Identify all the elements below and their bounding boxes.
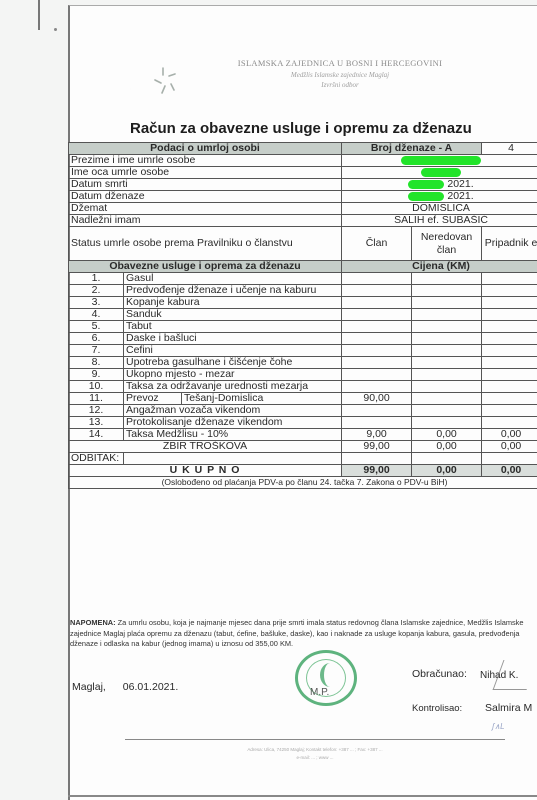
footer-divider [125,739,505,740]
service-name: Taksa Medžlisu - 10% [124,429,342,441]
death-date-value: 2021. [342,179,537,191]
price-member [342,357,412,369]
subtotal-affiliate: 0,00 [482,441,537,453]
services-header: Obavezne usluge i oprema za dženazu [69,261,342,273]
service-name: Upotreba gasulhane i čišćenje čohe [124,357,342,369]
jamaat-label: Džemat [69,203,342,215]
service-number: 5. [69,321,124,333]
service-row: 1.Gasul [69,273,537,285]
redaction-mark [408,180,444,189]
service-row: 5.Tabut [69,321,537,333]
service-row: 14.Taksa Medžlisu - 10%9,000,000,00 [69,429,537,441]
price-irregular [412,345,482,357]
status-label: Status umrle osobe prema Pravilniku o čl… [69,227,342,261]
subtotal-member: 99,00 [342,441,412,453]
service-row: 2.Predvođenje dženaze i učenje na kaburu [69,285,537,297]
service-number: 11. [69,393,124,405]
deceased-section-header: Podaci o umrloj osobi [69,143,342,155]
price-irregular [412,321,482,333]
service-row: 10.Taksa za održavanje urednosti mezarja [69,381,537,393]
margin-mark [38,0,40,30]
price-affiliate [482,333,537,345]
price-irregular [412,393,482,405]
service-name: Daske i bašluci [124,333,342,345]
price-member: 9,00 [342,429,412,441]
status-irregular-member: Neredovan član [412,227,482,261]
jamaat-value: DOMISLICA [342,203,537,215]
stamp-label: M.P. [310,687,329,698]
organization-header: ISLAMSKA ZAJEDNICA U BOSNI I HERCEGOVINI… [195,58,485,89]
price-affiliate [482,345,537,357]
margin-dot [54,28,57,31]
subtotal-label: ZBIR TROŠKOVA [69,441,342,453]
place: Maglaj, [72,681,106,693]
status-member: Član [342,227,412,261]
price-irregular: 0,00 [412,429,482,441]
service-name: Kopanje kabura [124,297,342,309]
service-number: 9. [69,369,124,381]
service-row: 13.Protokolisanje dženaze vikendom [69,417,537,429]
total-member: 99,00 [342,465,412,477]
footer-contact: Adresa: Ulica, 74250 Maglaj; Kontakt tel… [125,746,505,762]
deduction-label: ODBITAK: [69,453,124,465]
service-name: Ukopno mjesto - mezar [124,369,342,381]
total-affiliate: 0,00 [482,465,537,477]
price-irregular [412,381,482,393]
org-subunit: Medžlis Islamske zajednice Maglaj [195,71,485,79]
imam-value: SALIH ef. SUBAŠIĆ [342,215,537,227]
price-member [342,273,412,285]
service-name: Ćefini [124,345,342,357]
price-irregular [412,285,482,297]
note-text: Za umrlu osobu, koja je najmanje mjesec … [70,618,523,648]
price-member [342,309,412,321]
status-affiliate: Pripadnik e [482,227,537,261]
funeral-date-value: 2021. [342,191,537,203]
vat-exemption-note: (Oslobođeno od plaćanja PDV-a po članu 2… [69,477,537,489]
checked-by-label: Kontrolisao: [412,703,462,714]
service-row: 7.Ćefini [69,345,537,357]
service-number: 4. [69,309,124,321]
paper-edge [68,795,537,797]
date: 06.01.2021. [123,681,178,693]
price-affiliate: 0,00 [482,429,537,441]
price-irregular [412,297,482,309]
price-irregular [412,309,482,321]
service-name: Protokolisanje dženaze vikendom [124,417,342,429]
redaction-mark [401,156,481,165]
total-label: U K U P N O [69,465,342,477]
price-member: 90,00 [342,393,412,405]
price-member [342,297,412,309]
service-row: 3.Kopanje kabura [69,297,537,309]
price-member [342,345,412,357]
service-row: 11.PrevozTešanj-Domislica90,00 [69,393,537,405]
checked-by-name: Salmira M [485,702,532,714]
service-row: 12.Angažman vozača vikendom [69,405,537,417]
price-affiliate [482,273,537,285]
service-number: 1. [69,273,124,285]
service-row: 9.Ukopno mjesto - mezar [69,369,537,381]
price-affiliate [482,285,537,297]
note-paragraph: NAPOMENA: Za umrlu osobu, koja je najman… [70,618,537,650]
price-irregular [412,357,482,369]
note-label: NAPOMENA: [70,618,116,627]
price-affiliate [482,357,537,369]
price-member [342,417,412,429]
calculated-by-label: Obračunao: [412,668,467,680]
death-date-label: Datum smrti [69,179,342,191]
signature-initials-icon: ʃ∧L [492,722,505,731]
price-affiliate [482,417,537,429]
service-number: 8. [69,357,124,369]
service-route: Tešanj-Domislica [182,393,342,405]
price-affiliate [482,393,537,405]
funeral-date-label: Datum dženaze [69,191,342,203]
service-name: Prevoz [124,393,182,405]
funeral-number-label: Broj dženaze - A [342,143,482,155]
service-name: Gasul [124,273,342,285]
price-affiliate [482,309,537,321]
deduction-value [124,453,342,465]
service-number: 3. [69,297,124,309]
service-rows: 1.Gasul2.Predvođenje dženaze i učenje na… [69,273,537,441]
price-member [342,369,412,381]
price-affiliate [482,405,537,417]
service-row: 8.Upotreba gasulhane i čišćenje čohe [69,357,537,369]
price-irregular [412,333,482,345]
redaction-mark [421,168,461,177]
service-name: Sanduk [124,309,342,321]
imam-label: Nadležni imam [69,215,342,227]
redaction-mark [408,192,444,201]
invoice-table: Podaci o umrloj osobi Broj dženaze - A 4… [68,142,537,489]
service-number: 13. [69,417,124,429]
price-member [342,285,412,297]
service-name: Predvođenje dženaze i učenje na kaburu [124,285,342,297]
org-board: Izvršni odbor [195,81,485,89]
price-member [342,321,412,333]
service-number: 12. [69,405,124,417]
price-irregular [412,273,482,285]
service-number: 6. [69,333,124,345]
father-name-value [342,167,537,179]
price-member [342,333,412,345]
deceased-name-label: Prezime i ime umrle osobe [69,155,342,167]
subtotal-irregular: 0,00 [412,441,482,453]
price-header: Cijena (KM) [342,261,537,273]
price-member [342,405,412,417]
father-name-label: Ime oca umrle osobe [69,167,342,179]
service-name: Angažman vozača vikendom [124,405,342,417]
price-irregular [412,369,482,381]
price-irregular [412,405,482,417]
price-affiliate [482,381,537,393]
service-row: 6.Daske i bašluci [69,333,537,345]
price-affiliate [482,297,537,309]
service-number: 7. [69,345,124,357]
price-member [342,381,412,393]
service-number: 10. [69,381,124,393]
service-name: Tabut [124,321,342,333]
place-date: Maglaj, 06.01.2021. [72,681,192,693]
total-irregular: 0,00 [412,465,482,477]
org-name: ISLAMSKA ZAJEDNICA U BOSNI I HERCEGOVINI [195,58,485,68]
document-title: Račun za obavezne usluge i opremu za dže… [130,120,472,137]
price-affiliate [482,321,537,333]
price-irregular [412,417,482,429]
service-number: 14. [69,429,124,441]
service-name: Taksa za održavanje urednosti mezarja [124,381,342,393]
deceased-name-value [342,155,537,167]
service-row: 4.Sanduk [69,309,537,321]
funeral-number-value: 4 [482,143,537,155]
crescent-star-logo-icon [125,50,185,110]
service-number: 2. [69,285,124,297]
price-affiliate [482,369,537,381]
